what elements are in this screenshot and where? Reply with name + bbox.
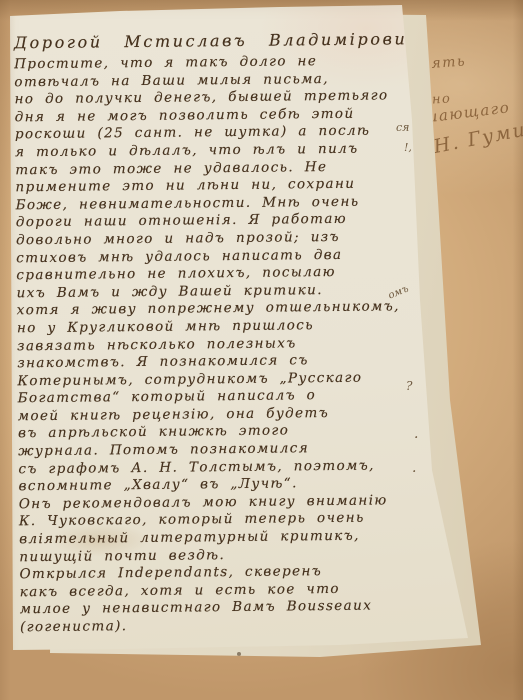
edge-ink-mark: !,: [404, 141, 412, 154]
edge-ink-mark: ?: [406, 379, 412, 393]
letter-line: Дорогой Мстиславъ Владиміровичъ !: [14, 28, 450, 55]
edge-ink-mark: ·: [412, 464, 416, 480]
letter-body: Дорогой Мстиславъ Владиміровичъ !Простит…: [14, 28, 456, 637]
edge-ink-mark: ся: [396, 121, 409, 134]
ink-speck: [237, 652, 241, 656]
photo-of-letter: лять но ашающаго Н. Гумил Дорогой Мстисл…: [0, 0, 523, 700]
letter-line: (гогениста).: [20, 615, 456, 637]
edge-ink-mark: ·: [414, 430, 418, 446]
